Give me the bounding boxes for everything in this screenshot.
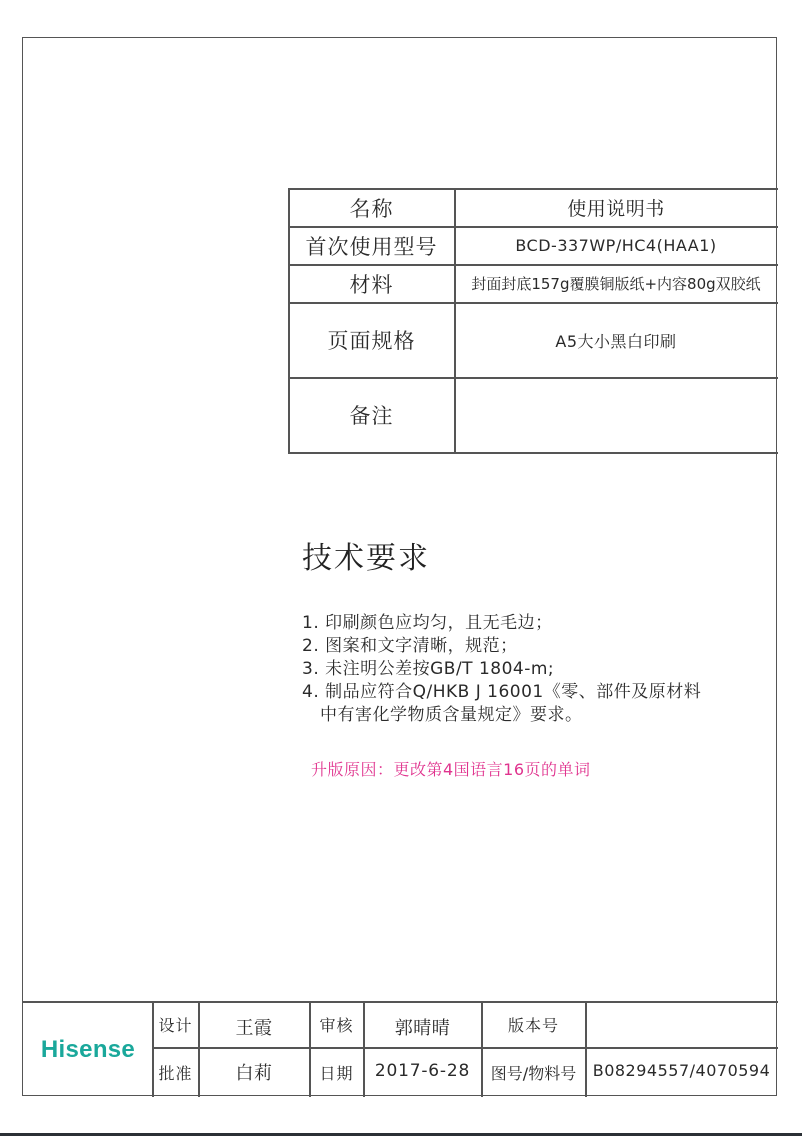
date-label: 日期 (310, 1048, 363, 1096)
spec-label-remarks: 备注 (289, 378, 454, 452)
review-value: 郭晴晴 (364, 1002, 481, 1047)
spec-label-model: 首次使用型号 (289, 227, 454, 264)
spec-value-model: BCD-337WP/HC4(HAA1) (455, 227, 777, 264)
review-label: 审核 (310, 1002, 363, 1047)
drawing-number-value: B08294557/4070594 (586, 1048, 777, 1093)
design-value: 王霞 (199, 1002, 309, 1047)
requirement-item: 2. 图案和文字清晰，规范； (302, 635, 701, 658)
date-value: 2017-6-28 (364, 1048, 481, 1093)
spec-label-name: 名称 (289, 189, 454, 226)
requirement-item-continuation: 中有害化学物质含量规定》要求。 (302, 704, 701, 727)
spec-label-material: 材料 (289, 265, 454, 302)
design-label: 设计 (153, 1002, 198, 1047)
spec-value-page-spec: A5大小黑白印刷 (455, 303, 777, 377)
requirement-item: 4. 制品应符合Q/HKB J 16001《零、部件及原材料 (302, 681, 701, 704)
version-label: 版本号 (482, 1002, 585, 1047)
revision-note: 升版原因：更改第4国语言16页的单词 (311, 757, 591, 780)
spec-value-remarks (455, 378, 777, 452)
version-value (586, 1002, 777, 1047)
tech-requirements-title: 技术要求 (302, 533, 430, 577)
spec-label-page-spec: 页面规格 (289, 303, 454, 377)
approve-value: 白莉 (199, 1048, 309, 1096)
tech-requirements-list: 1. 印刷颜色应均匀，且无毛边； 2. 图案和文字清晰，规范； 3. 未注明公差… (302, 612, 701, 727)
requirement-item: 3. 未注明公差按GB/T 1804-m; (302, 658, 701, 681)
hisense-logo: Hisense (24, 1003, 152, 1096)
requirement-item: 1. 印刷颜色应均匀，且无毛边； (302, 612, 701, 635)
approve-label: 批准 (153, 1048, 198, 1096)
spec-value-name: 使用说明书 (455, 189, 777, 226)
table-line (288, 452, 778, 454)
drawing-number-label: 图号/物料号 (482, 1048, 585, 1096)
spec-value-material: 封面封底157g覆膜铜版纸+内容80g双胶纸 (455, 265, 777, 302)
